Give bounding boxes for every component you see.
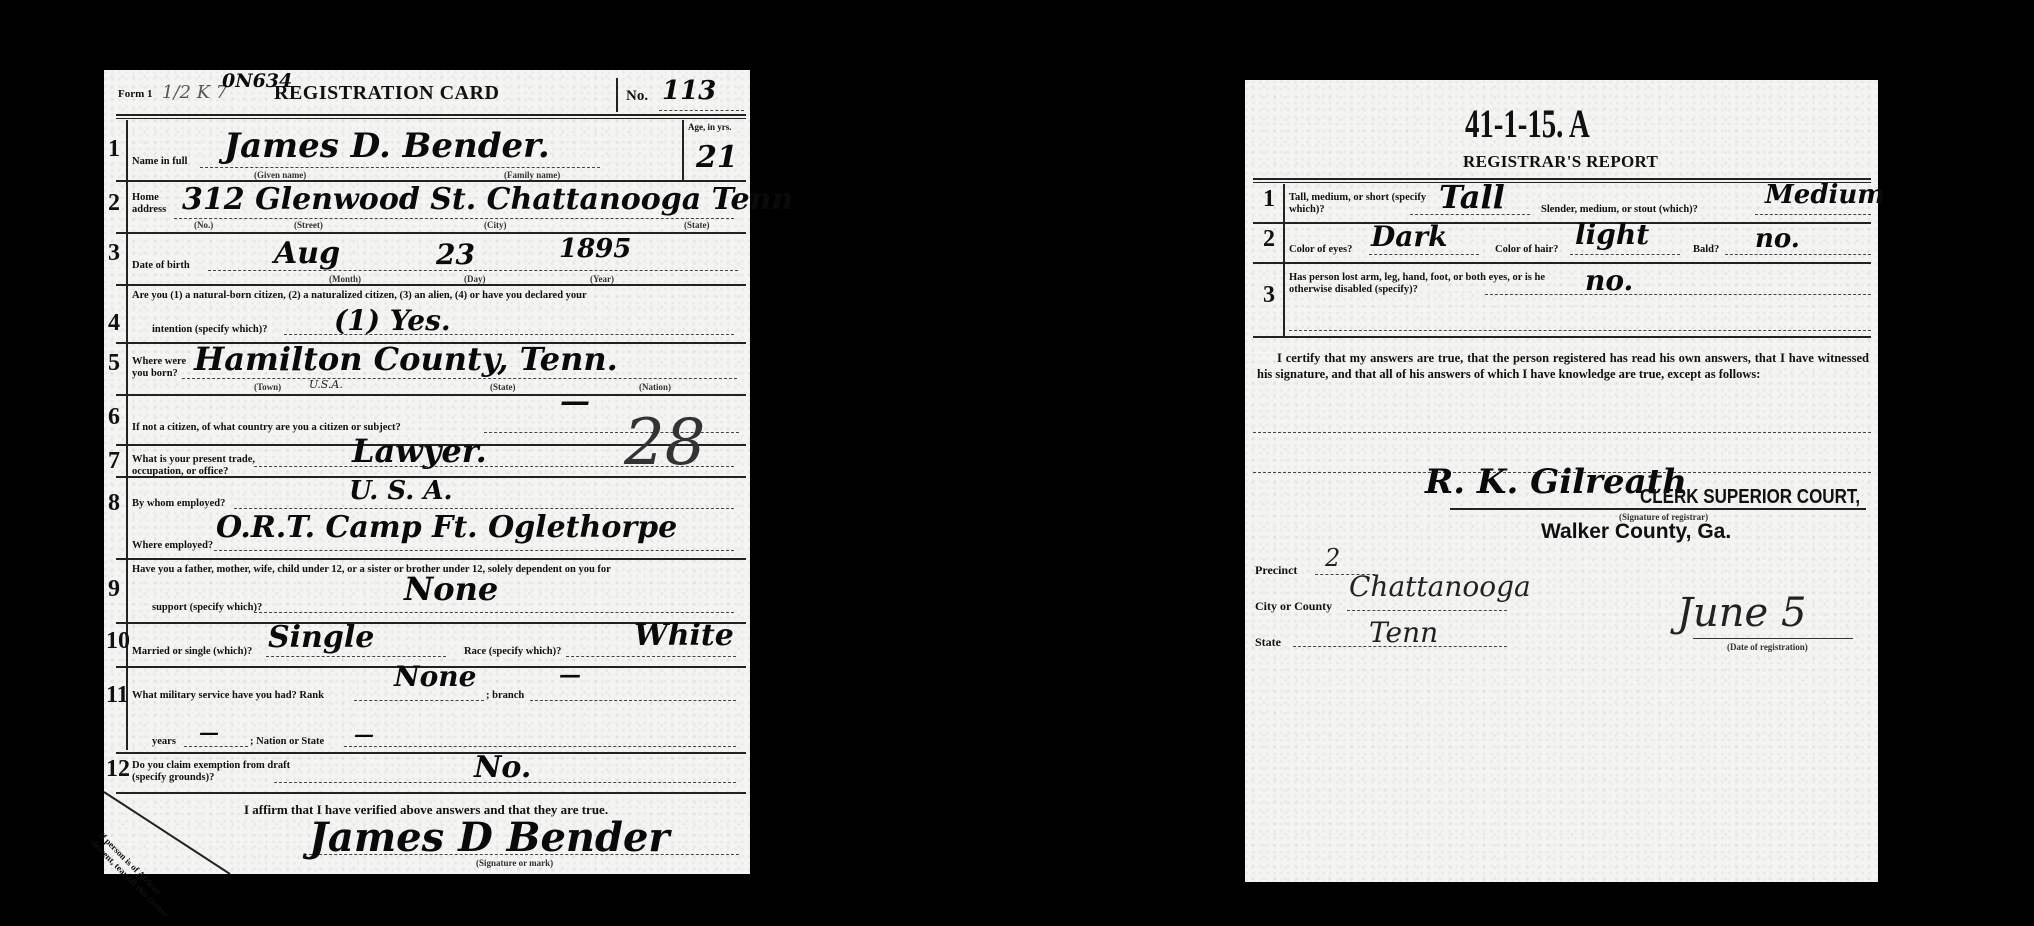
name-label: Name in full <box>132 156 187 168</box>
date-caption: (Date of registration) <box>1727 642 1808 652</box>
age-label: Age, in yrs. <box>688 122 732 132</box>
number-column-rule <box>126 120 128 750</box>
divider <box>616 78 618 112</box>
race-value: White <box>634 618 734 653</box>
military-rank-value: None <box>394 660 476 693</box>
row-number: 9 <box>108 576 120 603</box>
military-service-label: What military service have you had? Rank <box>132 690 324 702</box>
dotted-line <box>1725 254 1871 255</box>
registration-card: Form 1 1/2 K 7 0N634 REGISTRATION CARD N… <box>104 70 750 874</box>
dotted-line <box>1289 330 1871 331</box>
row-rule <box>116 284 746 286</box>
height-value: Tall <box>1439 178 1505 216</box>
eye-color-label: Color of eyes? <box>1289 244 1352 256</box>
dob-label: Date of birth <box>132 260 190 272</box>
caption-year: (Year) <box>590 274 614 284</box>
employment-location-label: Where employed? <box>132 540 213 552</box>
dotted-line <box>344 746 736 747</box>
caption-town: (Town) <box>254 382 281 392</box>
row-rule <box>116 558 746 560</box>
nation-state-label: ; Nation or State <box>250 736 324 748</box>
city-county-value: Chattanooga <box>1349 570 1531 603</box>
margin-note: 28 <box>624 406 705 480</box>
home-address-value: 312 Glenwood St. Chattanooga Tenn <box>182 182 793 217</box>
card-number: 113 <box>662 76 716 106</box>
years-value: — <box>199 720 219 744</box>
dotted-line <box>354 700 484 701</box>
build-label: Slender, medium, or stout (which)? <box>1541 204 1698 216</box>
row-number: 3 <box>108 240 120 267</box>
years-label: years <box>152 736 176 748</box>
exemption-label: Do you claim exemption from draft (speci… <box>132 760 292 784</box>
dotted-line <box>254 612 734 613</box>
dotted-line <box>1755 214 1871 215</box>
dependents-value: None <box>404 570 498 608</box>
row-number: 2 <box>1263 226 1275 253</box>
registrar-title: CLERK SUPERIOR COURT, <box>1640 486 1860 509</box>
bald-label: Bald? <box>1693 244 1719 256</box>
registrars-report-card: 41-1-15. A REGISTRAR'S REPORT 1 Tall, me… <box>1245 80 1878 882</box>
age-value: 21 <box>696 140 738 175</box>
dotted-line <box>214 550 734 551</box>
height-label: Tall, medium, or short (specify which)? <box>1289 192 1429 216</box>
citizenship-question-2: intention (specify which)? <box>152 324 268 336</box>
city-county-label: City or County <box>1255 600 1332 612</box>
exceptions-line <box>1253 432 1871 433</box>
row-number: 1 <box>108 136 120 163</box>
row-number: 11 <box>106 682 129 709</box>
row-rule <box>116 232 746 234</box>
dotted-line <box>174 218 734 219</box>
report-code: 41-1-15. A <box>1465 100 1590 147</box>
build-value: Medium <box>1765 180 1885 210</box>
eye-color-value: Dark <box>1371 220 1448 253</box>
header-rule <box>116 114 746 119</box>
home-address-label: Home address <box>132 192 172 216</box>
row-rule <box>1253 262 1871 264</box>
branch-label: ; branch <box>486 690 524 702</box>
dob-month: Aug <box>274 236 340 271</box>
occupation-value: Lawyer. <box>352 432 487 470</box>
precinct-value: 2 <box>1325 544 1340 572</box>
certification-text: I certify that my answers are true, that… <box>1257 350 1869 382</box>
form-handwritten-number: 1/2 K 7 <box>162 82 227 103</box>
employer-label: By whom employed? <box>132 498 225 510</box>
foreign-citizen-value: — <box>560 384 590 419</box>
hair-color-label: Color of hair? <box>1495 244 1558 256</box>
card-title: REGISTRATION CARD <box>274 82 499 105</box>
row-number: 7 <box>108 448 120 475</box>
disability-value: no. <box>1585 264 1633 297</box>
caption-given-name: (Given name) <box>254 170 306 180</box>
dob-year: 1895 <box>559 234 631 264</box>
row-number: 4 <box>108 310 120 337</box>
caption-street: (Street) <box>294 220 323 230</box>
registrant-signature: James D Bender <box>309 814 670 861</box>
caption-family-name: (Family name) <box>504 170 560 180</box>
caption-month: (Month) <box>329 274 361 284</box>
caption-state: (State) <box>684 220 710 230</box>
row-number: 12 <box>106 756 130 783</box>
nation-state-value: — <box>354 722 374 746</box>
dob-day: 23 <box>436 238 475 271</box>
birthplace-annotation: U.S.A. <box>309 378 343 391</box>
row-rule <box>116 752 746 754</box>
dotted-line <box>566 656 736 657</box>
row-number: 3 <box>1263 282 1275 309</box>
bald-value: no. <box>1755 224 1800 254</box>
caption-no: (No.) <box>194 220 213 230</box>
row-number: 6 <box>108 404 120 431</box>
dotted-line <box>182 378 737 379</box>
caption-nation: (Nation) <box>639 382 671 392</box>
age-divider <box>682 120 684 180</box>
row-number: 10 <box>106 628 130 655</box>
dotted-line <box>200 167 600 168</box>
exemption-value: No. <box>474 750 531 785</box>
registration-date: June 5 <box>1677 590 1806 636</box>
dotted-line <box>530 700 736 701</box>
dotted-line <box>1485 294 1871 295</box>
row-rule <box>116 394 746 396</box>
marital-status-value: Single <box>268 620 374 655</box>
name-value: James D. Bender. <box>224 126 550 166</box>
race-label: Race (specify which)? <box>464 646 561 658</box>
birthplace-value: Hamilton County, Tenn. <box>194 340 618 378</box>
disability-label: Has person lost arm, leg, hand, foot, or… <box>1289 272 1549 296</box>
caption-day: (Day) <box>464 274 486 284</box>
caption-state: (State) <box>490 382 516 392</box>
date-line <box>1693 638 1853 639</box>
dotted-line <box>1369 254 1479 255</box>
dotted-line <box>234 508 734 509</box>
employment-location-value: O.R.T. Camp Ft. Oglethorpe <box>216 510 677 545</box>
dotted-line <box>659 110 744 111</box>
dotted-line <box>1347 610 1507 611</box>
report-title: REGISTRAR'S REPORT <box>1463 152 1658 172</box>
caption-city: (City) <box>484 220 507 230</box>
state-value: Tenn <box>1369 616 1438 649</box>
row-number: 8 <box>108 490 120 517</box>
employer-value: U. S. A. <box>349 476 453 506</box>
no-label: No. <box>626 88 648 105</box>
dotted-line <box>1570 254 1680 255</box>
occupation-label: What is your present trade, occupation, … <box>132 454 262 478</box>
row-number: 5 <box>108 350 120 377</box>
row-number: 1 <box>1263 186 1275 213</box>
dotted-line <box>266 656 446 657</box>
birthplace-label: Where were you born? <box>132 356 192 380</box>
dependents-question-2: support (specify which)? <box>152 602 262 614</box>
precinct-label: Precinct <box>1255 564 1297 576</box>
number-column-rule <box>1283 184 1285 336</box>
hair-color-value: light <box>1575 218 1649 251</box>
row-number: 2 <box>108 190 120 217</box>
form-label: Form 1 <box>118 88 153 100</box>
citizenship-question: Are you (1) a natural-born citizen, (2) … <box>132 290 587 302</box>
state-label: State <box>1255 636 1281 648</box>
military-branch-value: — <box>559 662 581 688</box>
citizenship-value: (1) Yes. <box>334 304 451 337</box>
county-stamp: Walker County, Ga. <box>1541 520 1731 544</box>
signature-caption: (Signature or mark) <box>476 858 553 868</box>
dotted-line <box>184 746 248 747</box>
dependents-question: Have you a father, mother, wife, child u… <box>132 564 611 576</box>
marital-status-label: Married or single (which)? <box>132 646 252 658</box>
row-rule <box>1253 336 1871 338</box>
